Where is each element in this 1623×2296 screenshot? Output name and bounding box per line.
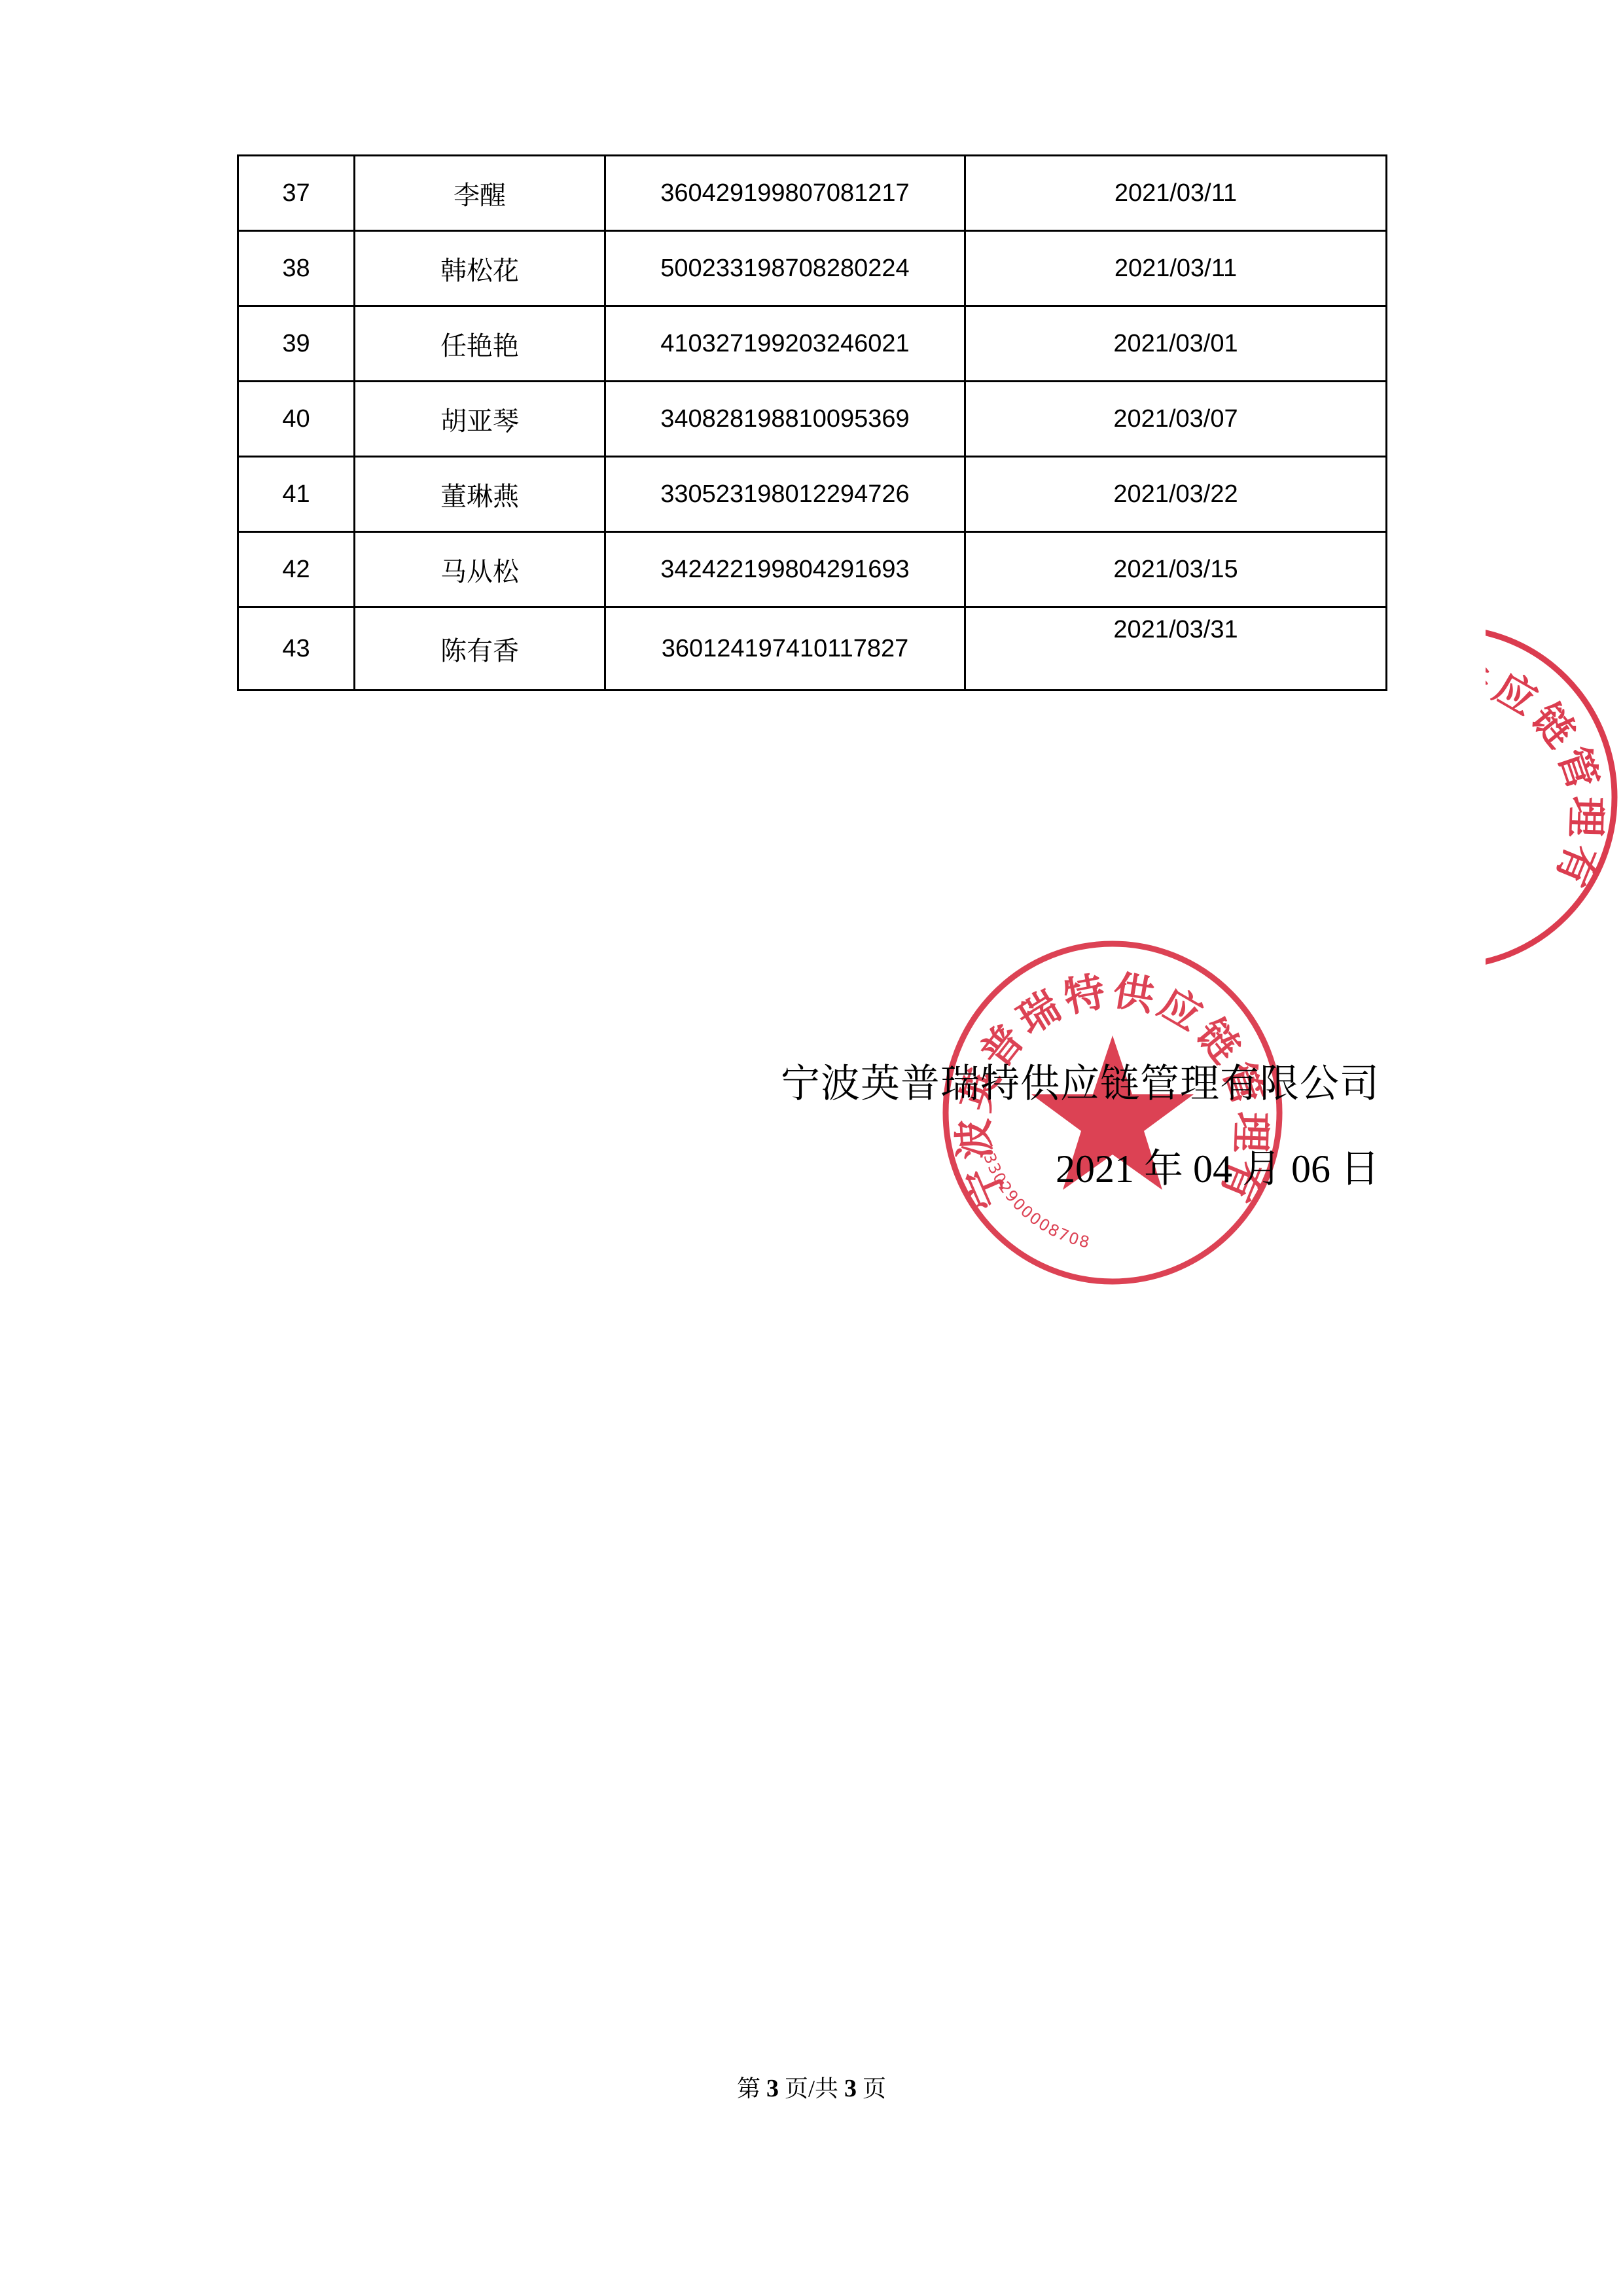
employee-table: 37李醒3604291998070812172021/03/1138韩松花500… xyxy=(237,154,1387,691)
footer-suffix: 页 xyxy=(863,2075,886,2102)
row-number-cell: 38 xyxy=(238,231,355,306)
table-row: 38韩松花5002331987082802242021/03/11 xyxy=(238,231,1387,306)
svg-text:宁波英普瑞特供应链管理有限公司: 宁波英普瑞特供应链管理有限公司 xyxy=(1486,630,1611,899)
current-page-number: 3 xyxy=(766,2075,779,2102)
row-number-cell: 41 xyxy=(238,457,355,532)
entry-date-cell: 2021/03/22 xyxy=(965,457,1387,532)
row-number-cell: 40 xyxy=(238,382,355,457)
name-cell: 马从松 xyxy=(355,532,605,607)
page-footer: 第 3 页/共 3 页 xyxy=(0,2070,1623,2104)
row-number-cell: 42 xyxy=(238,532,355,607)
name-cell: 韩松花 xyxy=(355,231,605,306)
name-cell: 董琳燕 xyxy=(355,457,605,532)
table-row: 37李醒3604291998070812172021/03/11 xyxy=(238,156,1387,231)
id-number-cell: 340828198810095369 xyxy=(605,382,965,457)
id-number-cell: 360429199807081217 xyxy=(605,156,965,231)
name-cell: 任艳艳 xyxy=(355,306,605,382)
company-seal-stamp: 宁波英普瑞特供应链管理有限公司 3302900008708 xyxy=(937,937,1288,1288)
name-cell: 李醒 xyxy=(355,156,605,231)
id-number-cell: 342422199804291693 xyxy=(605,532,965,607)
table-row: 40胡亚琴3408281988100953692021/03/07 xyxy=(238,382,1387,457)
footer-prefix: 第 xyxy=(737,2075,760,2102)
entry-date-cell: 2021/03/11 xyxy=(965,156,1387,231)
table-row: 41董琳燕3305231980122947262021/03/22 xyxy=(238,457,1387,532)
entry-date-cell: 2021/03/01 xyxy=(965,306,1387,382)
table-row: 39任艳艳4103271992032460212021/03/01 xyxy=(238,306,1387,382)
id-number-cell: 360124197410117827 xyxy=(605,607,965,691)
table-row: 42马从松3424221998042916932021/03/15 xyxy=(238,532,1387,607)
name-cell: 胡亚琴 xyxy=(355,382,605,457)
entry-date-cell: 2021/03/15 xyxy=(965,532,1387,607)
entry-date-cell: 2021/03/31 xyxy=(965,607,1387,691)
id-number-cell: 410327199203246021 xyxy=(605,306,965,382)
name-cell: 陈有香 xyxy=(355,607,605,691)
partial-seal-arc-text: 宁波英普瑞特供应链管理有限公司 xyxy=(1486,630,1611,899)
partial-seal-stamp: 宁波英普瑞特供应链管理有限公司 xyxy=(1486,630,1623,965)
star-icon xyxy=(1031,1035,1194,1190)
footer-middle: 页/共 xyxy=(785,2075,838,2102)
id-number-cell: 500233198708280224 xyxy=(605,231,965,306)
row-number-cell: 39 xyxy=(238,306,355,382)
entry-date-cell: 2021/03/11 xyxy=(965,231,1387,306)
id-number-cell: 330523198012294726 xyxy=(605,457,965,532)
row-number-cell: 37 xyxy=(238,156,355,231)
row-number-cell: 43 xyxy=(238,607,355,691)
entry-date-cell: 2021/03/07 xyxy=(965,382,1387,457)
table-row: 43陈有香3601241974101178272021/03/31 xyxy=(238,607,1387,691)
total-pages-number: 3 xyxy=(844,2075,857,2102)
